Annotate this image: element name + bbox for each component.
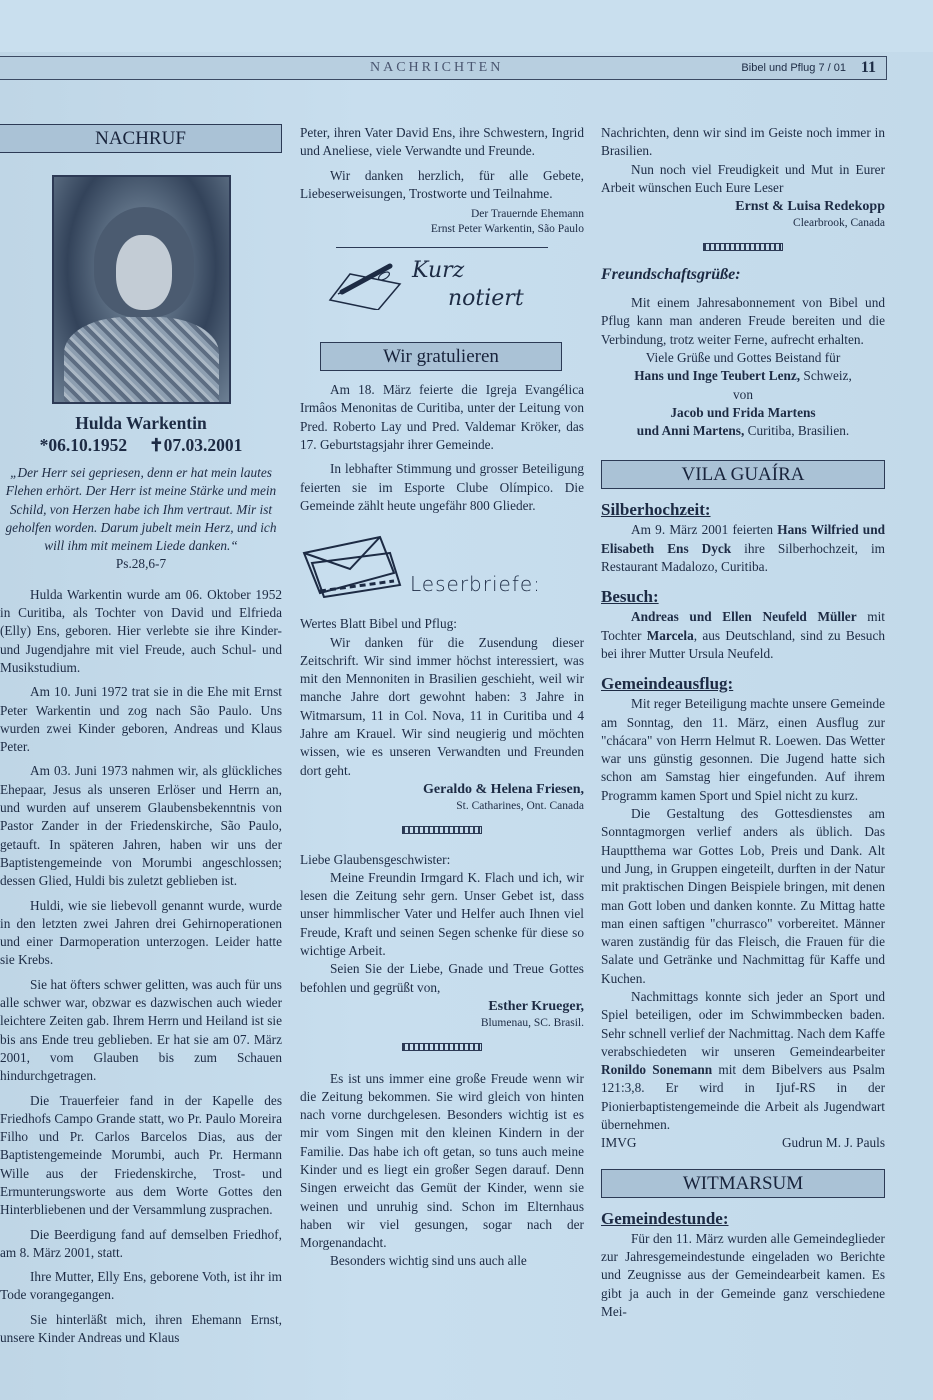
obituary-paragraph: Peter, ihren Vater David Ens, ihre Schwe…	[300, 124, 584, 161]
greeting-line: Hans und Inge Teubert Lenz, Schweiz,	[601, 367, 885, 385]
gratulieren-paragraph: In lebhafter Stimmung und grosser Beteil…	[300, 460, 584, 515]
envelope-icon	[300, 533, 410, 598]
letter-body: Es ist uns immer eine große Freude wenn …	[300, 1070, 584, 1253]
notiert-title: notiert	[448, 290, 524, 308]
deceased-name: Hulda Warkentin	[0, 412, 282, 434]
letter-body: Meine Freundin Irmgard K. Flach und ich,…	[300, 869, 584, 960]
obituary-paragraph: Sie hat öfters schwer gelitten, was auch…	[0, 976, 282, 1086]
column-3: Nachrichten, denn wir sind im Geiste noc…	[601, 124, 885, 1321]
ausflug-paragraph: Mit reger Beteiligung machte unsere Geme…	[601, 695, 885, 805]
obituary-paragraph: Hulda Warkentin wurde am 06. Oktober 195…	[0, 586, 282, 677]
gemeindestunde-body: Für den 11. März wurden alle Gemeindegli…	[601, 1230, 885, 1321]
scripture-quote: „Der Herr sei gepriesen, denn er hat mei…	[0, 464, 282, 555]
letter-body: Besonders wichtig sind uns auch alle	[300, 1252, 584, 1270]
letter-body: Seien Sie der Liebe, Gnade und Treue Got…	[300, 960, 584, 997]
letter-signer: Geraldo & Helena Friesen,	[300, 780, 584, 799]
ornament-divider	[300, 1039, 584, 1057]
signer-name: Geraldo & Helena Friesen,	[423, 782, 584, 797]
ausflug-paragraph: Die Gestaltung des Gottesdienstes am Son…	[601, 805, 885, 988]
letter-location: Clearbrook, Canada	[601, 216, 885, 231]
column-2: Peter, ihren Vater David Ens, ihre Schwe…	[300, 124, 584, 1271]
portrait-photo	[52, 175, 231, 404]
witmarsum-heading: WITMARSUM	[601, 1169, 885, 1198]
letter-signer: Esther Krueger,	[300, 997, 584, 1016]
letter-salutation: Wertes Blatt Bibel und Pflug:	[300, 615, 584, 633]
nachruf-heading: NACHRUF	[0, 124, 282, 153]
pen-paper-icon	[328, 260, 408, 310]
letter-location: Blumenau, SC. Brasil.	[300, 1016, 584, 1031]
signature-line: Der Trauernde Ehemann	[300, 207, 584, 222]
kurz-notiert-banner: Kurz notiert	[300, 260, 584, 332]
column-1: NACHRUF Hulda Warkentin *06.10.1952 ✝07.…	[0, 124, 282, 1347]
page-margin	[0, 0, 933, 52]
greeting-line: Viele Grüße und Gottes Beistand für	[601, 349, 885, 367]
author-name: Gudrun M. J. Pauls	[782, 1134, 885, 1152]
leserbriefe-banner: Leserbriefe:	[300, 533, 584, 603]
obituary-paragraph: Huldi, wie sie liebevoll genannt wurde, …	[0, 897, 282, 970]
letter-signer: Ernst & Luisa Redekopp	[601, 197, 885, 216]
leserbriefe-title: Leserbriefe:	[410, 575, 541, 593]
silberhochzeit-heading: Silberhochzeit:	[601, 499, 885, 521]
gemeindestunde-heading: Gemeindestunde:	[601, 1208, 885, 1230]
scripture-ref: Ps.28,6-7	[0, 555, 282, 573]
obituary-paragraph: Wir danken herzlich, für alle Gebete, Li…	[300, 167, 584, 204]
obituary-paragraph: Sie hinterläßt mich, ihren Ehemann Ernst…	[0, 1311, 282, 1348]
gemeindeausflug-heading: Gemeindeausflug:	[601, 673, 885, 695]
besuch-body: Andreas und Ellen Neufeld Müller mit Toc…	[601, 608, 885, 663]
section-title: NACHRICHTEN	[370, 60, 503, 76]
page-header: NACHRICHTEN Bibel und Pflug 7 / 01 11	[0, 56, 887, 80]
ausflug-paragraph: Nachmittags konnte sich jeder an Sport u…	[601, 988, 885, 1134]
obituary-paragraph: Die Beerdigung fand auf demselben Friedh…	[0, 1226, 282, 1263]
signer-name: Esther Krueger,	[488, 999, 584, 1014]
obituary-paragraph: Die Trauerfeier fand in der Kapelle des …	[0, 1092, 282, 1220]
greeting-line: Jacob und Frida Martens	[601, 404, 885, 422]
source-tag: IMVG	[601, 1134, 636, 1152]
letter-body: Wir danken für die Zusendung dieser Zeit…	[300, 634, 584, 780]
freundschaft-body: Mit einem Jahresabonnement von Bibel und…	[601, 294, 885, 349]
letter-body: Nun noch viel Freudigkeit und Mut in Eur…	[601, 161, 885, 198]
signer-name: Ernst & Luisa Redekopp	[735, 199, 885, 214]
besuch-heading: Besuch:	[601, 586, 885, 608]
letter-salutation: Liebe Glaubensgeschwister:	[300, 851, 584, 869]
obituary-paragraph: Am 10. Juni 1972 trat sie in die Ehe mit…	[0, 683, 282, 756]
vila-guaira-heading: VILA GUAÍRA	[601, 460, 885, 489]
life-dates: *06.10.1952 ✝07.03.2001	[0, 434, 282, 456]
letter-location: St. Catharines, Ont. Canada	[300, 799, 584, 814]
sender-names: Jacob und Frida Martens	[670, 405, 815, 420]
ornament-divider	[300, 822, 584, 840]
signature-line: Ernst Peter Warkentin, São Paulo	[300, 222, 584, 237]
article-byline: IMVG Gudrun M. J. Pauls	[601, 1134, 885, 1152]
freundschaft-heading: Freundschaftsgrüße:	[601, 266, 885, 284]
obituary-paragraph: Ihre Mutter, Elly Ens, geborene Voth, is…	[0, 1268, 282, 1305]
letter-body: Nachrichten, denn wir sind im Geiste noc…	[601, 124, 885, 161]
gratulieren-heading: Wir gratulieren	[320, 342, 562, 371]
ornament-divider	[601, 239, 885, 257]
sender-location: Curitiba, Brasilien.	[744, 423, 849, 438]
recipient-names: Hans und Inge Teubert Lenz,	[634, 368, 800, 383]
recipient-location: Schweiz,	[800, 368, 852, 383]
greeting-line: und Anni Martens, Curitiba, Brasilien.	[601, 422, 885, 440]
kurz-title: Kurz	[412, 262, 464, 280]
newspaper-page: NACHRICHTEN Bibel und Pflug 7 / 01 11 NA…	[0, 0, 933, 1400]
obituary-paragraph: Am 03. Juni 1973 nahmen wir, als glückli…	[0, 762, 282, 890]
silberhochzeit-body: Am 9. März 2001 feierten Hans Wilfried u…	[601, 521, 885, 576]
gratulieren-paragraph: Am 18. März feierte die Igreja Evangélic…	[300, 381, 584, 454]
page-number: 11	[861, 59, 876, 77]
divider	[336, 247, 548, 248]
publication-issue: Bibel und Pflug 7 / 01	[741, 62, 846, 74]
sender-names: und Anni Martens,	[637, 423, 745, 438]
greeting-line: von	[601, 386, 885, 404]
